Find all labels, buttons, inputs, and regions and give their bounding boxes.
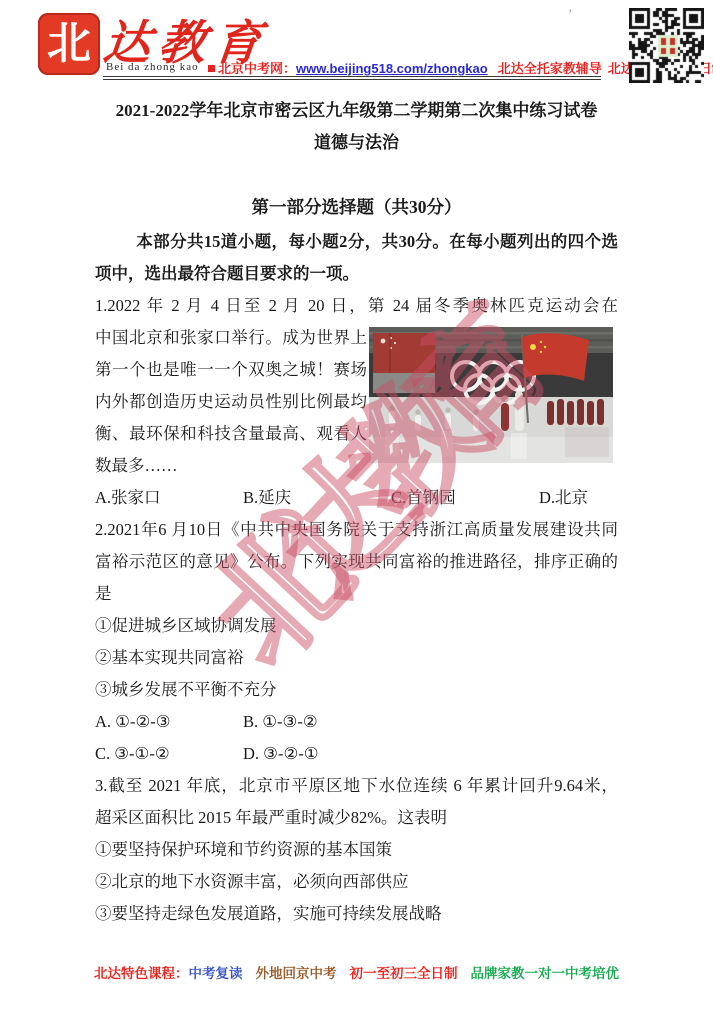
red-square-bullet — [208, 65, 215, 72]
q1-option-b: B.延庆 — [243, 482, 391, 514]
qr-code-canvas — [629, 8, 704, 83]
footer-segment-label: 北达特色课程： — [94, 966, 189, 981]
question-3-line-2: 超采区面积比 2015 年最严重时减少82%。这表明 — [95, 802, 618, 834]
question-1-intro-line: 1.2022 年 2 月 4 日至 2 月 20 日，第 24 届冬季奥林匹克运… — [95, 290, 618, 322]
question-1-body: 中国北京和张家口举行。成为世界上第一个也是唯一一个双奥之城！赛场内外都创造历史运… — [95, 322, 618, 482]
q2-option-b: B. ①-③-② — [243, 706, 618, 738]
question-3-item-1: ①要坚持保护环境和节约资源的基本国策 — [95, 834, 618, 866]
section-intro-line-1: 本部分共15道小题，每小题2分，共30分。在每小题列出的四个选 — [95, 226, 618, 258]
olympics-opening-ceremony-photo — [369, 327, 613, 463]
service1-text: 北达全托家教辅导 — [498, 61, 602, 76]
footer-courses-line: 北达特色课程：中考复读外地回京中考初一至初三全日制品牌家教一对一中考培优 — [0, 962, 713, 982]
question-1-options: A.张家口 B.延庆 C.首钢园 D.北京 — [95, 482, 618, 514]
question-1-wrap-text: 中国北京和张家口举行。成为世界上第一个也是唯一一个双奥之城！赛场内外都创造历史运… — [95, 322, 367, 482]
q2-option-c: C. ③-①-② — [95, 738, 243, 770]
footer-segment-course-2: 外地回京中考 — [256, 966, 337, 981]
question-2-line-1: 2.2021年6 月10日《中共中央国务院关于支持浙江高质量发展建设共同 — [95, 514, 618, 546]
site-label: 北京中考网： — [218, 61, 296, 76]
question-3-item-3: ③要坚持走绿色发展道路，实施可持续发展战略 — [95, 898, 618, 930]
section-intro-line-2: 项中，选出最符合题目要求的一项。 — [95, 258, 618, 290]
footer-segment-course-1: 中考复读 — [189, 966, 243, 981]
question-2-options-row-1: A. ①-②-③ B. ①-③-② — [95, 706, 618, 738]
question-3-item-2: ②北京的地下水资源丰富，必须向西部供应 — [95, 866, 618, 898]
question-2-item-1: ①促进城乡区域协调发展 — [95, 610, 618, 642]
stray-mark: ’ — [568, 6, 572, 22]
brand-tagline: Bei da zhong kao — [106, 61, 199, 73]
question-3-line-1: 3.截至 2021 年底，北京市平原区地下水位连续 6 年累计回升9.64米， — [95, 770, 618, 802]
q2-option-a: A. ①-②-③ — [95, 706, 243, 738]
exam-subject: 道德与法治 — [95, 128, 618, 158]
footer-segment-course-3: 初一至初三全日制 — [350, 966, 458, 981]
question-2-item-3: ③城乡发展不平衡不充分 — [95, 674, 618, 706]
question-2-line-3: 是 — [95, 578, 618, 610]
olympics-photo-graphic — [369, 327, 613, 463]
brand-seal-logo: 北 — [38, 13, 100, 75]
q1-option-a: A.张家口 — [95, 482, 243, 514]
seal-character: 北 — [47, 22, 91, 66]
question-2-options-row-2: C. ③-①-② D. ③-②-① — [95, 738, 618, 770]
q1-option-d: D.北京 — [539, 482, 618, 514]
exam-title: 2021-2022学年北京市密云区九年级第二学期第二次集中练习试卷 — [95, 96, 618, 126]
section-heading: 第一部分选择题（共30分） — [95, 192, 618, 222]
question-2-item-2: ②基本实现共同富裕 — [95, 642, 618, 674]
q2-option-d: D. ③-②-① — [243, 738, 618, 770]
question-2-line-2: 富裕示范区的意见》公布。下列实现共同富裕的推进路径，排序正确的 — [95, 546, 618, 578]
exam-content: 2021-2022学年北京市密云区九年级第二学期第二次集中练习试卷 道德与法治 … — [95, 96, 618, 930]
header-divider — [103, 76, 601, 80]
q1-option-c: C.首钢园 — [391, 482, 539, 514]
exam-paper-page: 北 达教育 Bei da zhong kao 北京中考网：www.beijing… — [0, 0, 713, 1024]
qr-code — [629, 8, 704, 83]
site-link[interactable]: www.beijing518.com/zhongkao — [296, 61, 488, 76]
footer-segment-course-4: 品牌家教一对一中考培优 — [471, 966, 620, 981]
